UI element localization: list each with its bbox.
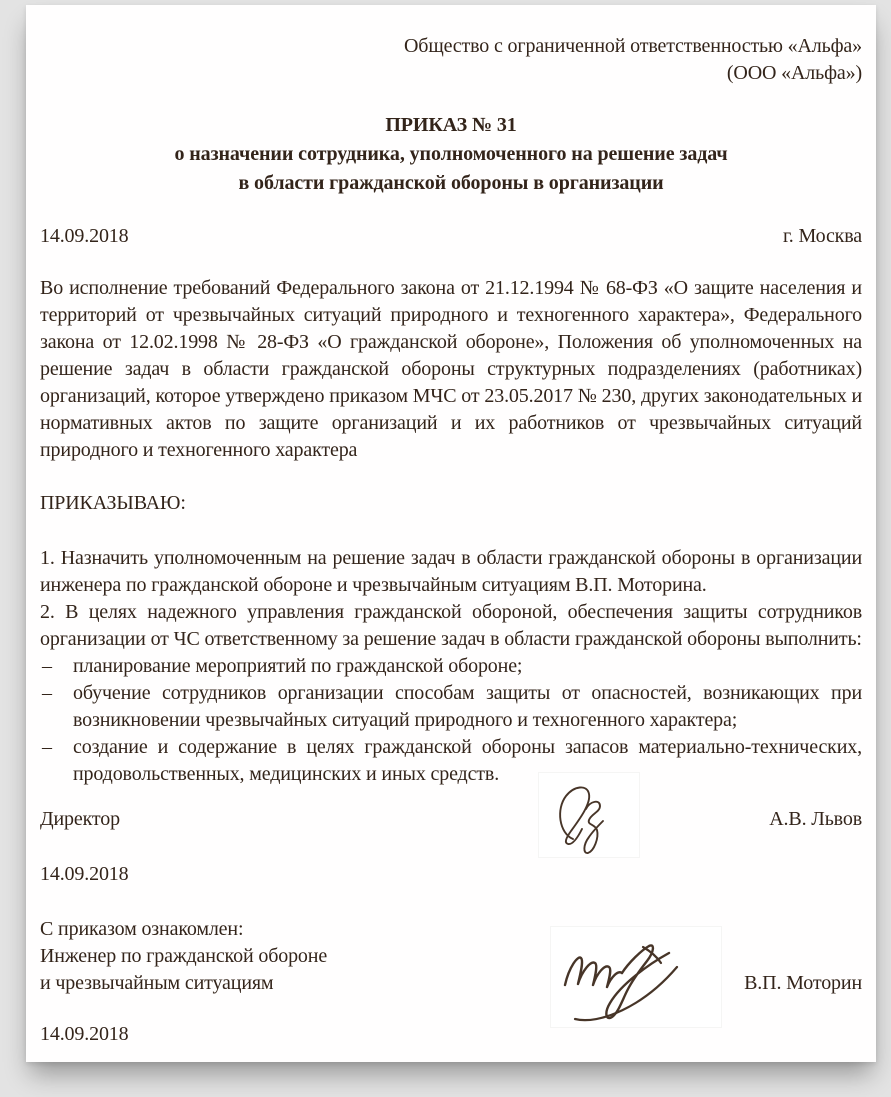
title-subject-line2: в области гражданской обороны в организа… xyxy=(40,169,862,198)
list-item: – обучение сотрудников организации спосо… xyxy=(40,680,862,734)
document-city: г. Москва xyxy=(783,223,862,250)
list-item: – планирование мероприятий по гражданско… xyxy=(40,653,862,680)
employee-name: В.П. Моторин xyxy=(744,970,862,997)
director-signature xyxy=(538,772,640,858)
employee-sign-date: 14.09.2018 xyxy=(40,1021,862,1048)
org-name-short: (ООО «Альфа») xyxy=(40,60,862,87)
employee-signature xyxy=(550,926,722,1028)
order-items: 1. Назначить уполномоченным на решение з… xyxy=(40,545,862,653)
preamble-paragraph: Во исполнение требований Федерального за… xyxy=(40,275,862,464)
director-sign-date: 14.09.2018 xyxy=(40,861,862,888)
document-page: Общество с ограниченной ответственностью… xyxy=(26,5,876,1062)
document-date: 14.09.2018 xyxy=(40,223,129,250)
acknowledgement-intro: С приказом ознакомлен: xyxy=(40,916,327,943)
dash-marker: – xyxy=(40,653,73,680)
director-name: А.В. Львов xyxy=(769,806,862,833)
order-sublist: – планирование мероприятий по гражданско… xyxy=(40,653,862,788)
org-name-full: Общество с ограниченной ответственностью… xyxy=(40,33,862,60)
document-title: ПРИКАЗ № 31 о назначении сотрудника, упо… xyxy=(40,111,862,198)
list-item-text: обучение сотрудников организации способа… xyxy=(73,680,862,734)
list-item: – создание и содержание в целях гражданс… xyxy=(40,734,862,788)
order-item-1: 1. Назначить уполномоченным на решение з… xyxy=(40,545,862,599)
order-item-2: 2. В целях надежного управления гражданс… xyxy=(40,599,862,653)
employee-position-line2: и чрезвычайным ситуациям xyxy=(40,970,327,997)
dash-marker: – xyxy=(40,680,73,734)
employee-signature-icon xyxy=(551,927,721,1027)
org-header: Общество с ограниченной ответственностью… xyxy=(40,33,862,87)
director-signature-row: Директор А.В. Львов xyxy=(40,806,862,833)
acknowledgement-row: С приказом ознакомлен: Инженер по гражда… xyxy=(40,916,862,997)
title-order-number: ПРИКАЗ № 31 xyxy=(40,111,862,140)
list-item-text: планирование мероприятий по гражданской … xyxy=(73,653,862,680)
list-item-text: создание и содержание в целях гражданско… xyxy=(73,734,862,788)
order-keyword: ПРИКАЗЫВАЮ: xyxy=(40,490,862,517)
director-job-title: Директор xyxy=(40,806,120,833)
dash-marker: – xyxy=(40,734,73,788)
director-signature-icon xyxy=(539,773,639,857)
title-subject-line1: о назначении сотрудника, уполномоченного… xyxy=(40,140,862,169)
date-city-row: 14.09.2018 г. Москва xyxy=(40,223,862,250)
acknowledgement-text: С приказом ознакомлен: Инженер по гражда… xyxy=(40,916,327,997)
employee-position-line1: Инженер по гражданской обороне xyxy=(40,943,327,970)
